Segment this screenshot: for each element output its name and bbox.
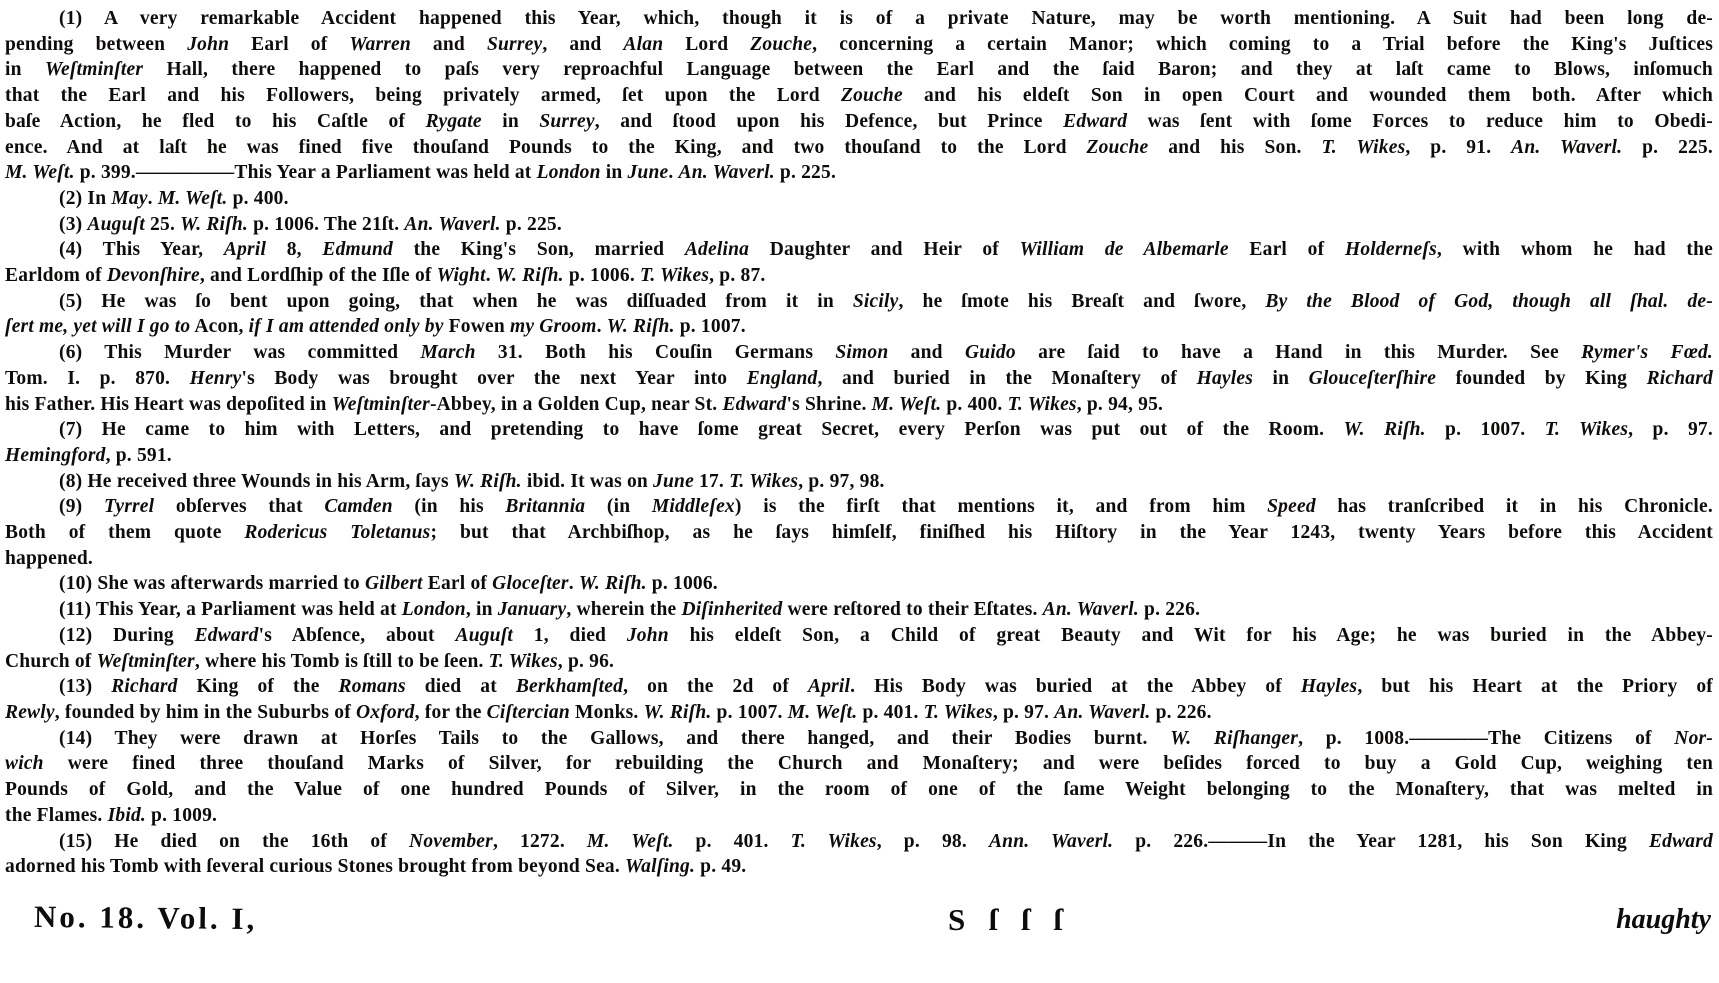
footnote-line: M. Weſt. p. 399.—————This Year a Parliam… [5, 160, 1713, 186]
footnote-line: (10) She was afterwards married to Gilbe… [5, 571, 1713, 597]
footnote-line: ence. And at laſt he was fined five thou… [5, 135, 1713, 161]
footnote-line: (11) This Year, a Parliament was held at… [5, 597, 1713, 623]
footnote-line: (3) Auguſt 25. W. Riſh. p. 1006. The 21ſ… [5, 212, 1713, 238]
footnote-line: pending between John Earl of Warren and … [5, 32, 1713, 58]
footnote-line: (12) During Edward's Abſence, about Augu… [5, 623, 1713, 649]
footnote-line: Church of Weſtminſter, where his Tomb is… [5, 649, 1713, 675]
scanned-book-page: (1) A very remarkable Accident happened … [0, 0, 1719, 983]
footnote-line: Hemingford, p. 591. [5, 443, 1713, 469]
signature-mark: S ſ ſ ſ [948, 902, 1070, 938]
footnote-line: baſe Action, he fled to his Caſtle of Ry… [5, 109, 1713, 135]
footnote-line: Tom. I. p. 870. Henry's Body was brought… [5, 366, 1713, 392]
footnote-line: Pounds of Gold, and the Value of one hun… [5, 777, 1713, 803]
footnote-line: wich were fined three thouſand Marks of … [5, 751, 1713, 777]
footnote-line: Rewly, founded by him in the Suburbs of … [5, 700, 1713, 726]
footnote-line: (8) He received three Wounds in his Arm,… [5, 469, 1713, 495]
catchword: haughty [1616, 904, 1711, 936]
footnote-line: (2) In May. M. Weſt. p. 400. [5, 186, 1713, 212]
footnote-line: (7) He came to him with Letters, and pre… [5, 417, 1713, 443]
footnote-line: his Father. His Heart was depoſited in W… [5, 392, 1713, 418]
footnote-line: (5) He was ſo bent upon going, that when… [5, 289, 1713, 315]
footnote-line: (1) A very remarkable Accident happened … [5, 6, 1713, 32]
footnote-line: happened. [5, 546, 1713, 572]
footnote-line: (4) This Year, April 8, Edmund the King'… [5, 237, 1713, 263]
footnote-line: (9) Tyrrel obſerves that Camden (in his … [5, 494, 1713, 520]
footnotes-block: (1) A very remarkable Accident happened … [5, 6, 1713, 880]
page-footer: No. 18. Vol. I, S ſ ſ ſ haughty [0, 890, 1719, 980]
issue-volume-label: No. 18. Vol. I, [34, 899, 258, 937]
footnote-line: (15) He died on the 16th of November, 12… [5, 829, 1713, 855]
footnote-line: ſert me, yet will I go to Acon, if I am … [5, 314, 1713, 340]
footnote-line: Earldom of Devonſhire, and Lordſhip of t… [5, 263, 1713, 289]
footnote-line: adorned his Tomb with ſeveral curious St… [5, 854, 1713, 880]
footnote-line: (14) They were drawn at Horſes Tails to … [5, 726, 1713, 752]
footnote-line: Both of them quote Rodericus Toletanus; … [5, 520, 1713, 546]
footnote-line: that the Earl and his Followers, being p… [5, 83, 1713, 109]
footnote-line: the Flames. Ibid. p. 1009. [5, 803, 1713, 829]
footnote-line: (13) Richard King of the Romans died at … [5, 674, 1713, 700]
footnote-line: (6) This Murder was committed March 31. … [5, 340, 1713, 366]
footnote-line: in Weſtminſter Hall, there happened to p… [5, 57, 1713, 83]
